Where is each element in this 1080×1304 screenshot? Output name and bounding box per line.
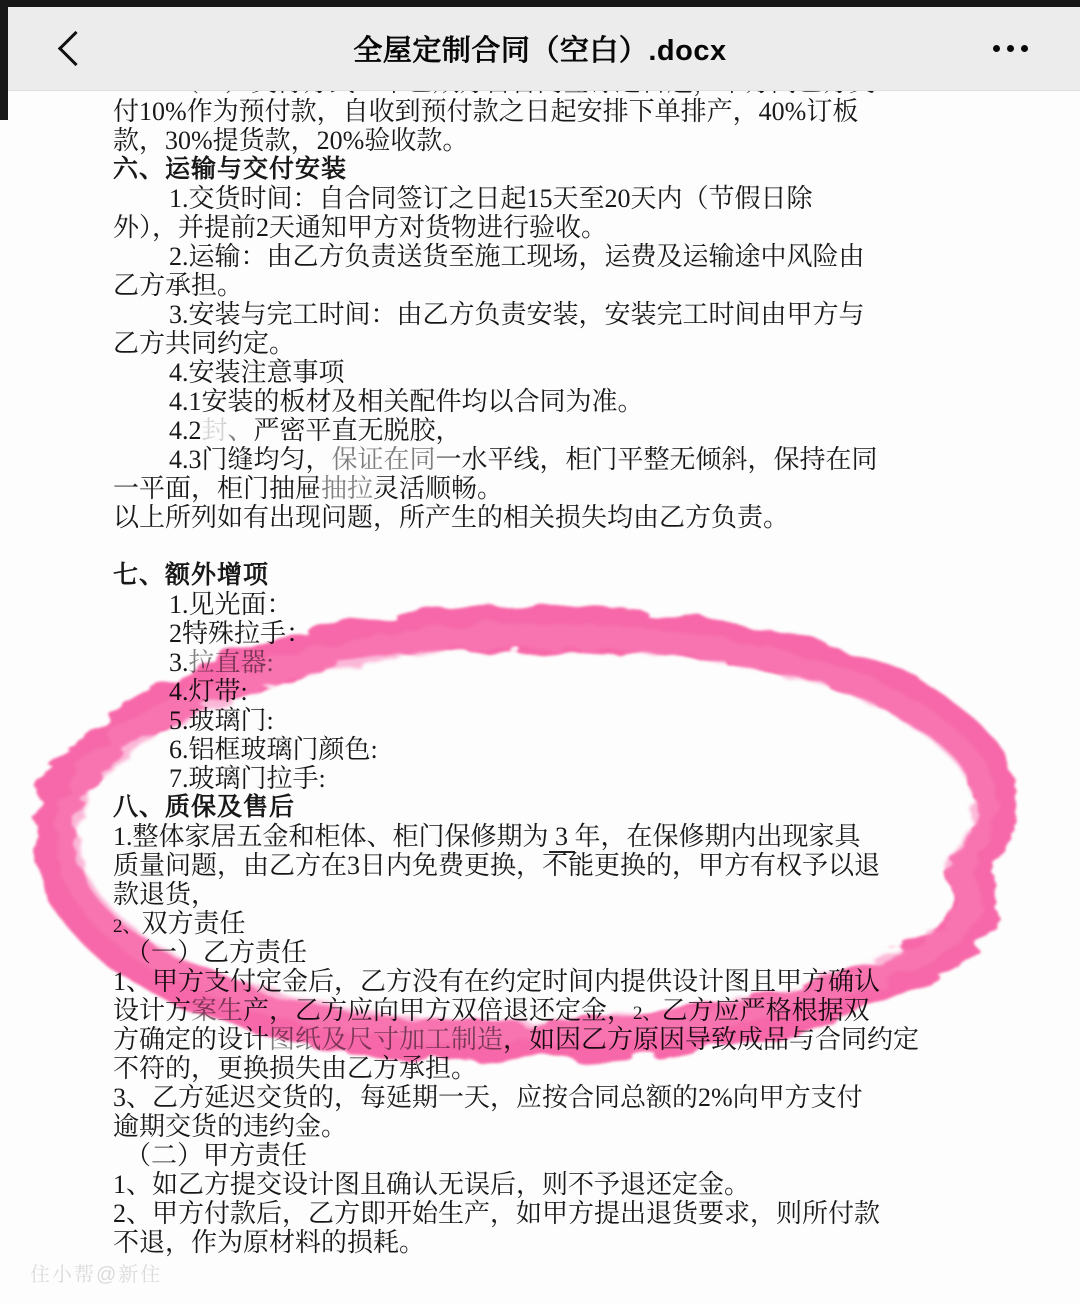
doc-line: 1.交货时间：自合同签订之日起15天至20天内（节假日除 bbox=[113, 184, 990, 213]
doc-line: 5.玻璃门: bbox=[113, 706, 990, 735]
doc-line: （二）甲方责任 bbox=[113, 1141, 990, 1170]
doc-line: 外），并提前2天通知甲方对货物进行验收。 bbox=[113, 213, 990, 242]
doc-line: 质量问题，由乙方在3日内免费更换，不能更换的，甲方有权予以退 bbox=[113, 851, 990, 880]
more-button[interactable] bbox=[970, 7, 1050, 90]
doc-line: 3、乙方延迟交货的，每延期一天，应按合同总额的2%向甲方支付 bbox=[113, 1083, 990, 1112]
doc-line: 一平面，柜门抽屉抽拉灵活顺畅。 bbox=[113, 474, 990, 503]
page-title: 全屋定制合同（空白）.docx bbox=[0, 28, 1080, 69]
doc-line: （一）乙方责任 bbox=[113, 938, 990, 967]
doc-line: 1.见光面： bbox=[113, 590, 990, 619]
doc-heading: 六、运输与交付安装 bbox=[113, 155, 990, 184]
doc-line: 3.拉直器: bbox=[113, 648, 990, 677]
watermark: 住小帮@新住 bbox=[30, 1258, 162, 1287]
chevron-left-icon bbox=[57, 31, 92, 66]
doc-line: 7.玻璃门拉手: bbox=[113, 764, 990, 793]
doc-line: 款退货， bbox=[113, 880, 990, 909]
doc-line: 款，30%提货款，20%验收款。 bbox=[113, 126, 990, 155]
screen-left-edge bbox=[0, 0, 8, 120]
doc-heading: 七、额外增项 bbox=[113, 561, 990, 590]
doc-line: 乙方承担。 bbox=[113, 271, 990, 300]
doc-blank-line bbox=[113, 532, 990, 561]
doc-line: 1、甲方支付定金后，乙方没有在约定时间内提供设计图且甲方确认 bbox=[113, 967, 990, 996]
doc-line: 以上所列如有出现问题，所产生的相关损失均由乙方负责。 bbox=[113, 503, 990, 532]
ellipsis-icon bbox=[993, 45, 1028, 52]
doc-line: 2、双方责任 bbox=[113, 909, 990, 938]
doc-line: 4.安装注意事项 bbox=[113, 358, 990, 387]
screen-top-edge bbox=[0, 0, 1080, 7]
doc-line: 2、甲方付款后，乙方即开始生产，如甲方提出退货要求，则所付款 bbox=[113, 1199, 990, 1228]
doc-heading: 八、质保及售后 bbox=[113, 793, 990, 822]
back-button[interactable] bbox=[36, 7, 106, 90]
doc-line: 设计方案生产，乙方应向甲方双倍退还定金，2、乙方应严格根据双 bbox=[113, 996, 990, 1025]
doc-line: 方确定的设计图纸及尺寸加工制造，如因乙方原因导致成品与合同约定 bbox=[113, 1025, 990, 1054]
document-page: （二）支付方式：甲乙双方自合同签订之日起，甲方向乙方支付10%作为预付款，自收到… bbox=[0, 68, 1080, 1257]
doc-line: 4.3门缝均匀，保证在同一水平线，柜门平整无倾斜，保持在同 bbox=[113, 445, 990, 474]
doc-line: 1、如乙方提交设计图且确认无误后，则不予退还定金。 bbox=[113, 1170, 990, 1199]
doc-line: 4.2封、严密平直无脱胶， bbox=[113, 416, 990, 445]
navbar: 全屋定制合同（空白）.docx bbox=[0, 7, 1080, 91]
doc-line: 4.1安装的板材及相关配件均以合同为准。 bbox=[113, 387, 990, 416]
doc-line: 不退，作为原材料的损耗。 bbox=[113, 1228, 990, 1257]
doc-line: 逾期交货的违约金。 bbox=[113, 1112, 990, 1141]
doc-line: 2特殊拉手： bbox=[113, 619, 990, 648]
document-text: （二）支付方式：甲乙双方自合同签订之日起，甲方向乙方支付10%作为预付款，自收到… bbox=[0, 68, 1080, 1257]
doc-line: 1.整体家居五金和柜体、柜门保修期为 3 年，在保修期内出现家具 bbox=[113, 822, 990, 851]
doc-line: 6.铝框玻璃门颜色: bbox=[113, 735, 990, 764]
doc-line: 付10%作为预付款，自收到预付款之日起安排下单排产，40%订板 bbox=[113, 97, 990, 126]
doc-line: 乙方共同约定。 bbox=[113, 329, 990, 358]
doc-line: 2.运输：由乙方负责送货至施工现场，运费及运输途中风险由 bbox=[113, 242, 990, 271]
doc-line: 不符的，更换损失由乙方承担。 bbox=[113, 1054, 990, 1083]
doc-line: 4.灯带: bbox=[113, 677, 990, 706]
doc-line: 3.安装与完工时间：由乙方负责安装，安装完工时间由甲方与 bbox=[113, 300, 990, 329]
